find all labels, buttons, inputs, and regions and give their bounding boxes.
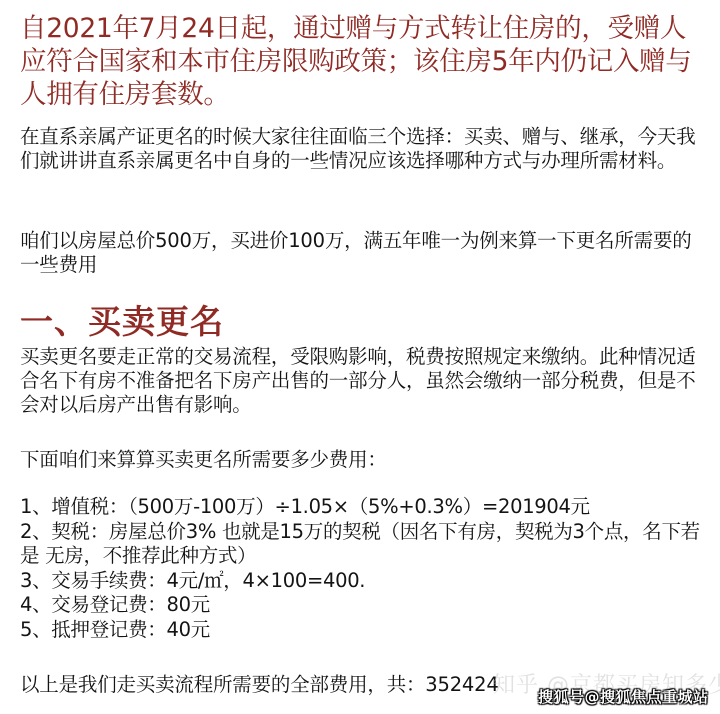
fee-item-registration-fee: 4、交易登记费：80元: [20, 593, 715, 618]
watermark-source: 搜狐号@搜狐焦点重城站: [538, 686, 709, 707]
total-cost: 以上是我们走买卖流程所需要的全部费用，共：352424: [20, 673, 499, 697]
fee-item-deed-tax: 2、契税：房屋总价3% 也就是15万的契税（因名下有房，契税为3个点，名下若是 …: [20, 520, 715, 569]
fee-item-vat: 1、增值税：（500万-100万）÷1.05×（5%+0.3%）=201904元: [20, 495, 715, 520]
fee-item-mortgage-fee: 5、抵押登记费：40元: [20, 618, 715, 643]
example-paragraph: 咱们以房屋总价500万，买进价100万，满五年唯一为例来算一下更名所需要的一些费…: [20, 229, 710, 277]
intro-paragraph: 在直系亲属产证更名的时候大家往往面临三个选择：买卖、赠与、继承，今天我们就讲讲直…: [20, 125, 710, 173]
policy-notice: 自2021年7月24日起，通过赠与方式转让住房的，受赠人应符合国家和本市住房限购…: [20, 12, 710, 111]
calc-intro: 下面咱们来算算买卖更名所需要多少费用：: [20, 448, 710, 472]
section-heading: 一、买卖更名: [20, 302, 224, 342]
fee-item-transaction-fee: 3、交易手续费：4元/㎡，4×100=400.: [20, 569, 715, 594]
fee-list: 1、增值税：（500万-100万）÷1.05×（5%+0.3%）=201904元…: [20, 495, 715, 642]
section-description: 买卖更名要走正常的交易流程，受限购影响，税费按照规定来缴纳。此种情况适合名下有房…: [20, 345, 710, 417]
